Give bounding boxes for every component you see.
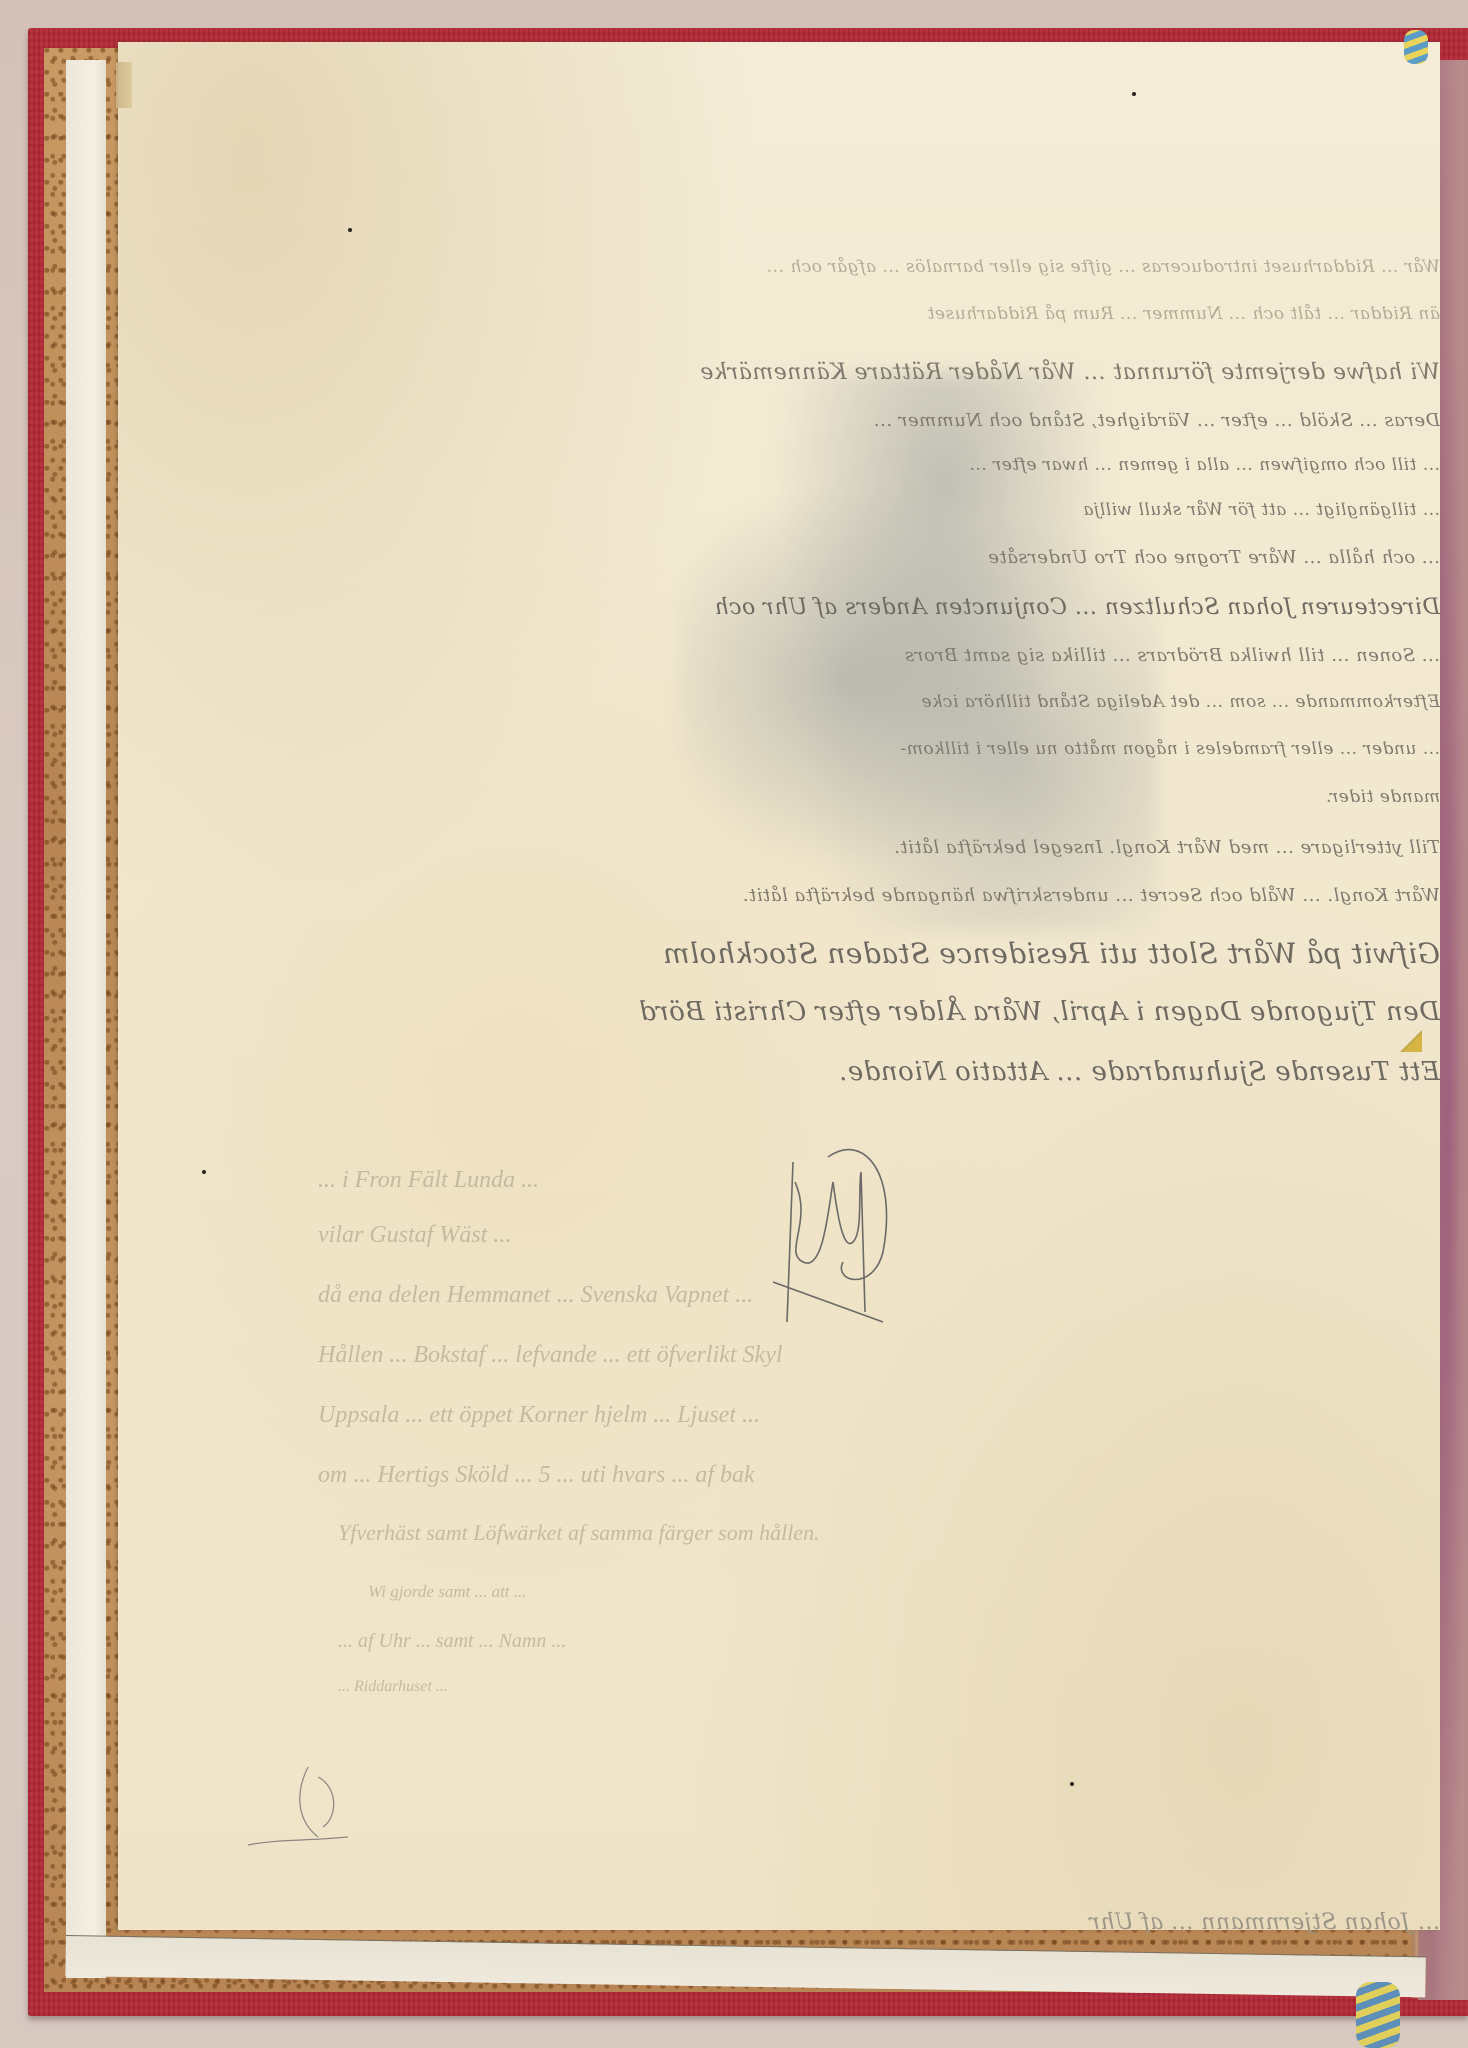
bleed-line-2: än Riddar ... tålt och ... Nummer ... Ru… <box>118 304 1440 324</box>
bleed-line-17: Ett Tusende Sjuhundrade ... Attatio Nion… <box>0 1057 1440 1087</box>
countersignature <box>238 1757 358 1867</box>
bleed-line-5: ... till och omgifwen ... alla i gemen .… <box>118 455 1440 475</box>
underlying-line-9: ... af Uhr ... samt ... Namn ... <box>338 1630 566 1653</box>
royal-signature <box>773 1142 893 1332</box>
bleed-line-1: Wår ... Riddarhuset introduceras ... gif… <box>118 257 1440 277</box>
bleed-line-9: ... Sonen ... till hwilka Brödrars ... t… <box>118 645 1440 666</box>
bleed-line-13: Till ytterligare ... med Wårt Kongl. Ins… <box>118 837 1440 858</box>
bleed-line-4: Deras ... Sköld ... efter ... Värdighet,… <box>118 410 1440 431</box>
bleed-line-16: Den Tjugonde Dagen i April, Wåra Ålder e… <box>118 997 1440 1027</box>
tipped-tab <box>116 62 132 108</box>
underlying-line-6: om ... Hertigs Sköld ... 5 ... uti hvars… <box>318 1462 755 1489</box>
underlying-line-4: Hållen ... Bokstaf ... lefvande ... ett … <box>318 1342 783 1369</box>
underlying-line-8: Wi gjorde samt ... att ... <box>368 1582 527 1602</box>
silk-cord-top <box>1404 30 1428 64</box>
bleed-line-8: Directeuren Johan Schultzen ... Conjunct… <box>118 595 1440 620</box>
bleed-line-10: Efterkommande ... som ... det Adeliga St… <box>118 692 1440 712</box>
underlying-line-5: Uppsala ... ett öppet Korner hjelm ... L… <box>318 1402 760 1429</box>
bleed-line-14: Wårt Kongl. ... Wåld och Secret ... unde… <box>118 885 1440 906</box>
underlying-line-1: ... i Fron Fält Lunda ... <box>318 1167 539 1194</box>
underlying-line-3: då ena delen Hemmanet ... Svenska Vapnet… <box>318 1282 753 1309</box>
ink-speck <box>202 1170 206 1174</box>
ink-speck <box>1132 92 1136 96</box>
bleed-line-11: ... under ... eller framdeles i någon må… <box>118 739 1440 759</box>
ink-speck <box>1070 1782 1074 1786</box>
ink-speck <box>348 228 352 232</box>
underlying-line-10: ... Riddarhuset ... <box>338 1678 448 1696</box>
bleed-line-3: Wi hafwe derjemte förunnat ... Wår Nåder… <box>118 360 1440 385</box>
bleed-line-15: Gifwit på Wårt Slott uti Residence Stade… <box>118 937 1440 970</box>
bleed-line-7: ... och hålla ... Wåre Trogne och Tro Un… <box>118 547 1440 568</box>
bleed-line-6: ... tillgängligt ... att för Wår skull w… <box>118 500 1440 520</box>
flyleaf <box>66 60 106 1978</box>
footer-bleed: ... Johan Stjernmann ... af Uhr <box>0 1910 1440 1935</box>
underlying-line-2: vilar Gustaf Wäst ... <box>318 1222 511 1249</box>
parchment-page: Wår ... Riddarhuset introduceras ... gif… <box>118 42 1440 1930</box>
bleed-line-12: mande tider. <box>0 787 1440 807</box>
silk-cord-bottom <box>1356 1982 1400 2048</box>
underlying-line-7: Yfverhäst samt Löfwärket af samma färger… <box>338 1520 820 1546</box>
